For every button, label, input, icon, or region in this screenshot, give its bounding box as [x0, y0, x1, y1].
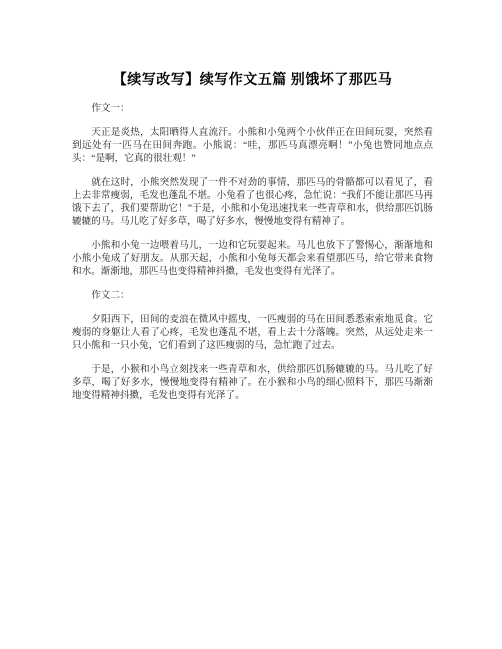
document-title: 【续写改写】续写作文五篇 别饿坏了那匹马 — [72, 72, 433, 90]
paragraph: 就在这时，小熊突然发现了一件不对劲的事情，那匹马的骨骼都可以看见了，看上去非常瘦… — [72, 176, 433, 228]
section-label-essay-2: 作文二： — [72, 289, 433, 302]
paragraph: 于是，小猴和小鸟立刻找来一些青草和水，供给那匹饥肠辘辘的马。马儿吃了好多草，喝了… — [72, 363, 433, 402]
section-label-essay-1: 作文一： — [72, 102, 433, 115]
paragraph: 小熊和小兔一边喂着马儿，一边和它玩耍起来。马儿也放下了警惕心，渐渐地和小熊小兔成… — [72, 239, 433, 278]
paragraph: 夕阳西下，田间的麦浪在微风中摇曳，一匹瘦弱的马在田间悉悉索索地觅食。它瘦弱的身躯… — [72, 313, 433, 352]
document-page: 【续写改写】续写作文五篇 别饿坏了那匹马 作文一： 天正是炎热，太阳晒得人直流汗… — [0, 0, 502, 649]
paragraph: 天正是炎热，太阳晒得人直流汗。小熊和小兔两个小伙伴正在田间玩耍，突然看到远处有一… — [72, 126, 433, 165]
